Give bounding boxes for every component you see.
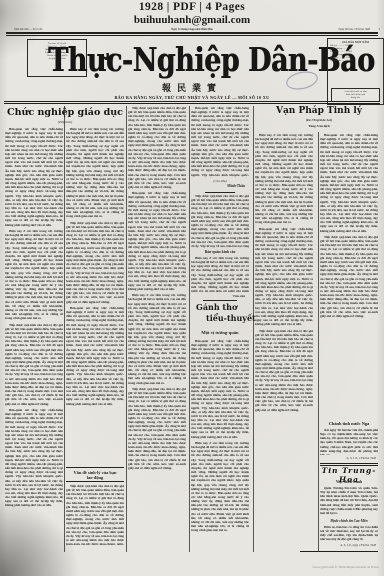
body-paragraph: Hôm nọ bản-báo có đăng tin Cao-Mên nói v… bbox=[320, 525, 378, 541]
body-paragraph: Tiếp được quý-hàm của chư-vị độc-giả gửi… bbox=[128, 106, 186, 189]
body-paragraph: Bản-quán xét rằng việc chấn-hưng thực-ng… bbox=[255, 227, 313, 327]
boxed-headline-line2: lao-động bbox=[66, 475, 124, 480]
body-paragraph: Tiếp được quý-hàm của chư-vị độc-giả gửi… bbox=[5, 323, 63, 406]
date-right: Ngày thứ sáu, 3 Février 1928 bbox=[260, 28, 370, 31]
lunar-date-line: Ngày 12 tháng Chạp năm Đinh-Mão bbox=[120, 28, 264, 31]
body-paragraph: Hiện nay ở các tỉnh trong xứ, trường bác… bbox=[191, 441, 249, 532]
headline-van-phap-tinh-ly: Vạn Pháp Tinh lý bbox=[256, 106, 382, 116]
corner-page-mark: 5 bbox=[372, 28, 380, 31]
masthead-rule-thick bbox=[4, 101, 380, 103]
headline-chanh-tinh-nuoc-nga: Chánh tình nước Nga bbox=[320, 421, 378, 426]
body-paragraph: Bản-quán xét rằng việc chấn-hưng thực-ng… bbox=[5, 127, 63, 227]
headline-subtitle-french: (De l'Esprit de Loi) bbox=[256, 118, 382, 122]
body-column-1: Bản-quán xét rằng việc chấn-hưng thực-ng… bbox=[5, 127, 63, 545]
continuation-mark: (Còn nữa) bbox=[191, 179, 249, 183]
body-column-6-top: Bản-quán xét rằng việc chấn-hưng thực-ng… bbox=[320, 133, 378, 417]
column-divider bbox=[64, 106, 65, 552]
bottom-section-rule bbox=[300, 551, 378, 552]
body-paragraph: Bản-quán xét rằng việc chấn-hưng thực-ng… bbox=[128, 191, 186, 291]
headline-ganh-tho: Gánh thơ bbox=[196, 303, 254, 312]
top-rule-thin bbox=[6, 35, 378, 36]
body-column-4-mid: Tiếp được quý-hàm của chư-vị độc-giả gửi… bbox=[191, 194, 249, 248]
column-divider bbox=[126, 106, 127, 552]
author-signature-minh-than: Minh-Thần bbox=[191, 184, 245, 188]
section-rule bbox=[203, 300, 237, 301]
body-paragraph: Quân Trương-Tác-Lâm và quân Sơn-Tây lại … bbox=[320, 486, 378, 515]
issue-number-left: Năm thứ chín — Số 2.145 bbox=[14, 28, 114, 31]
boxed-headline-line1: Vấn đề sinh-lý của bạn bbox=[66, 470, 124, 475]
body-paragraph: Tiếp được quý-hàm của chư-vị độc-giả gửi… bbox=[66, 484, 124, 545]
price-box-note: Ai trả tiền trước cả năm được biếu thêm … bbox=[331, 88, 380, 101]
column-divider bbox=[318, 132, 319, 552]
novel-title-mot-vi-tuong-quan: Một vị tướng-quân bbox=[191, 330, 249, 335]
boxed-headline-van-de-sinh-ly: Vấn đề sinh-lý của bạn lao-động bbox=[66, 467, 124, 482]
body-paragraph: Hiện nay ở các tỉnh trong xứ, trường bác… bbox=[66, 127, 124, 218]
newspaper-scan-page: 1928 | PDF | 4 Pages buihuuhanh@gmail.co… bbox=[0, 0, 384, 576]
column-divider bbox=[253, 106, 254, 552]
subhead-viec-chien-tranh: Việc chiến-tranh bbox=[320, 480, 378, 484]
newspaper-title-chinese: 報民業實 bbox=[137, 81, 247, 94]
body-column-2-lower: Tiếp được quý-hàm của chư-vị độc-giả gửi… bbox=[66, 484, 124, 545]
body-paragraph: Tiếp được quý-hàm của chư-vị độc-giả gửi… bbox=[191, 194, 249, 248]
body-paragraph: Tiếp được quý-hàm của chư-vị độc-giả gửi… bbox=[320, 235, 378, 318]
scan-header-line1: 1928 | PDF | 4 Pages bbox=[0, 1, 384, 13]
headline-chuc-nghiep-giao-duc: Chức nghiệp giáo dục bbox=[6, 108, 124, 118]
cambodia-news-body: Hôm nọ bản-báo có đăng tin Cao-Mên nói v… bbox=[320, 525, 378, 541]
headline-subtitle-tiep-theo: (Tiếp theo) bbox=[6, 120, 124, 124]
body-paragraph: Tiếp được quý-hàm của chư-vị độc-giả gửi… bbox=[255, 329, 313, 412]
body-paragraph: Tiếp được quý-hàm của chư-vị độc-giả gửi… bbox=[128, 387, 186, 470]
body-paragraph: Bản-quán xét rằng việc chấn-hưng thực-ng… bbox=[191, 339, 249, 439]
body-column-2: Hiện nay ở các tỉnh trong xứ, trường bác… bbox=[66, 127, 124, 465]
scan-header-email: buihuuhanh@gmail.com bbox=[0, 14, 384, 26]
body-column-4-bottom: Bản-quán xét rằng việc chấn-hưng thực-ng… bbox=[191, 339, 249, 547]
body-paragraph: Xét ngày 30 Janvier vừa rồi, chánh-phủ N… bbox=[320, 428, 378, 455]
section-rule-thick bbox=[320, 463, 378, 464]
body-paragraph: Hiện nay ở các tỉnh trong xứ, trường bác… bbox=[5, 229, 63, 320]
body-paragraph: Hiện nay ở các tỉnh trong xứ, trường bác… bbox=[255, 133, 313, 224]
masthead-rule-thin bbox=[4, 103, 380, 104]
body-paragraph: Tiếp được quý-hàm của chư-vị độc-giả gửi… bbox=[66, 221, 124, 304]
body-column-4-notice: Hiện nay ở các tỉnh trong xứ, trường bác… bbox=[191, 256, 249, 292]
body-paragraph: Bản-quán xét rằng việc chấn-hưng thực-ng… bbox=[191, 106, 249, 178]
body-paragraph: Bản-quán xét rằng việc chấn-hưng thực-ng… bbox=[320, 133, 378, 233]
gallica-watermark: Source gallica.bnf.fr / Bibliothèque nat… bbox=[219, 565, 379, 569]
price-box-line: Ngoại-quốc ........ 15$00 bbox=[328, 59, 383, 62]
masthead-tagline: BÁO RA HẰNG NGÀY, TRỪ CHỦ NHẬT VÀ NGÀY L… bbox=[60, 95, 324, 100]
russia-news-body: Xét ngày 30 Janvier vừa rồi, chánh-phủ N… bbox=[320, 428, 378, 455]
top-rule-thick bbox=[6, 32, 378, 34]
wire-credit: A. S. I. P., 2 Février 1928 bbox=[320, 456, 376, 460]
masthead-price-box: GIÁ BÁO MỘT NĂM Bắc-kỳ ............ 10$0… bbox=[327, 38, 384, 105]
body-paragraph: Bản-quán xét rằng việc chấn-hưng thực-ng… bbox=[66, 306, 124, 406]
column-divider bbox=[189, 106, 190, 552]
subhead-dinh-chinh-cao-men: Định-chính tin Cao-Mên bbox=[320, 519, 378, 523]
body-column-3: Tiếp được quý-hàm của chư-vị độc-giả gửi… bbox=[128, 106, 186, 550]
china-news-body: Quân Trương-Tác-Lâm và quân Sơn-Tây lại … bbox=[320, 486, 378, 517]
translator-credit: Tùng-Vân dịch bbox=[256, 124, 382, 128]
section-rule bbox=[205, 192, 235, 193]
wire-credit: A, S, I, P., ngày 2 Février 1928 bbox=[320, 543, 376, 547]
author-signature-tan-van: Tân-văn bbox=[191, 294, 245, 298]
price-box-note-line: tháng báo bbox=[333, 96, 378, 99]
notice-header: Bản-quán kính cáo bbox=[191, 250, 249, 254]
body-paragraph: Hiện nay ở các tỉnh trong xứ, trường bác… bbox=[191, 256, 249, 292]
body-column-5: Hiện nay ở các tỉnh trong xứ, trường bác… bbox=[255, 133, 313, 545]
body-column-4-top: Bản-quán xét rằng việc chấn-hưng thực-ng… bbox=[191, 106, 249, 178]
body-paragraph: Hiện nay ở các tỉnh trong xứ, trường bác… bbox=[128, 293, 186, 384]
body-paragraph: Bản-quán xét rằng việc chấn-hưng thực-ng… bbox=[5, 408, 63, 508]
